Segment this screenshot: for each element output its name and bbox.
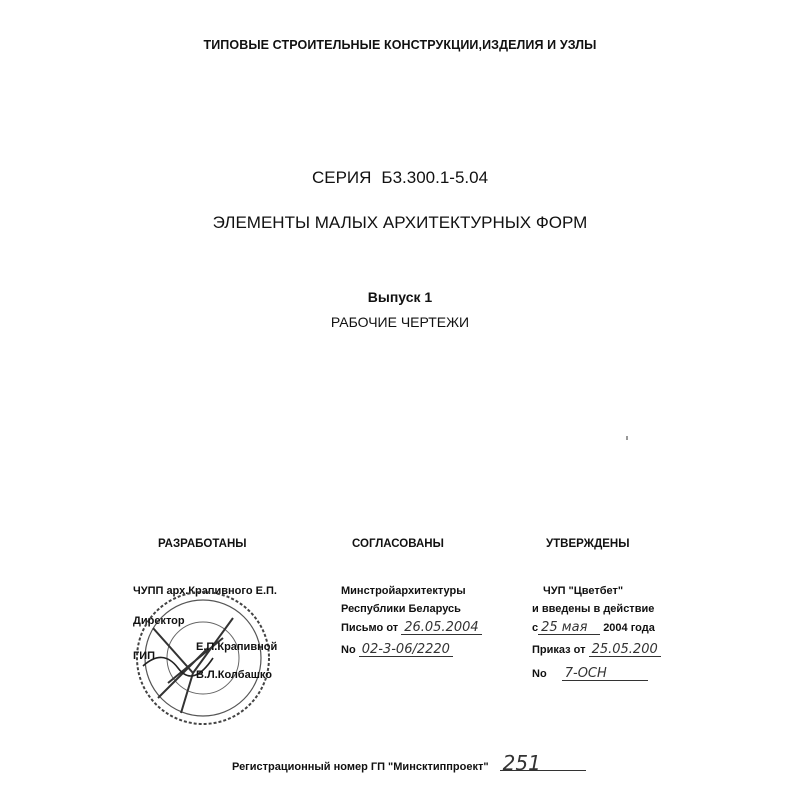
- director-name: Е.П.Крапивной: [196, 641, 277, 653]
- agreed-number-row: No 02-3-06/2220: [341, 643, 453, 657]
- gip-name: В.Л.Колбашко: [196, 669, 272, 681]
- approved-enacted: и введены в действие: [532, 603, 654, 615]
- series-line: СЕРИЯБ3.300.1-5.04: [0, 168, 800, 188]
- issue-number: Выпуск 1: [0, 289, 800, 305]
- document-title: ЭЛЕМЕНТЫ МАЛЫХ АРХИТЕКТУРНЫХ ФОРМ: [0, 213, 800, 233]
- letter-row: Письмо от 26.05.2004: [341, 621, 482, 635]
- scan-speck: [626, 436, 628, 440]
- letter-label: Письмо от: [341, 622, 398, 634]
- registration-row: Регистрационный номер ГП "Минсктиппроект…: [232, 757, 586, 773]
- agreed-line2: Республики Беларусь: [341, 603, 461, 615]
- director-label: Директор: [133, 615, 185, 627]
- enacted-date: 25 мая: [538, 621, 600, 635]
- order-date: 25.05.200: [589, 643, 661, 657]
- issue-subtitle: РАБОЧИЕ ЧЕРТЕЖИ: [0, 314, 800, 330]
- agreed-line1: Минстройархитектуры: [341, 585, 466, 597]
- enacted-suffix: 2004 года: [603, 622, 655, 634]
- order-label: Приказ от: [532, 644, 586, 656]
- approved-org: ЧУП "Цветбет": [543, 585, 623, 597]
- approved-heading: УТВЕРЖДЕНЫ: [546, 538, 630, 550]
- series-code: Б3.300.1-5.04: [381, 168, 488, 187]
- agreed-number-value: 02-3-06/2220: [359, 643, 453, 657]
- approved-number-label: No: [532, 668, 547, 680]
- registration-number: 251: [500, 757, 586, 771]
- approved-number-row: No 7-ОСН: [532, 667, 648, 681]
- letter-date: 26.05.2004: [401, 621, 481, 635]
- series-label: СЕРИЯ: [312, 168, 371, 187]
- document-category: ТИПОВЫЕ СТРОИТЕЛЬНЫЕ КОНСТРУКЦИИ,ИЗДЕЛИЯ…: [0, 38, 800, 52]
- agreed-heading: СОГЛАСОВАНЫ: [352, 538, 444, 550]
- approved-number-value: 7-ОСН: [562, 667, 648, 681]
- enacted-date-row: с25 мая 2004 года: [532, 621, 655, 635]
- developed-heading: РАЗРАБОТАНЫ: [158, 538, 247, 550]
- agreed-number-label: No: [341, 644, 356, 656]
- gip-label: ГИП: [133, 650, 155, 662]
- order-row: Приказ от 25.05.200: [532, 643, 661, 657]
- registration-label: Регистрационный номер ГП "Минсктиппроект…: [232, 761, 489, 773]
